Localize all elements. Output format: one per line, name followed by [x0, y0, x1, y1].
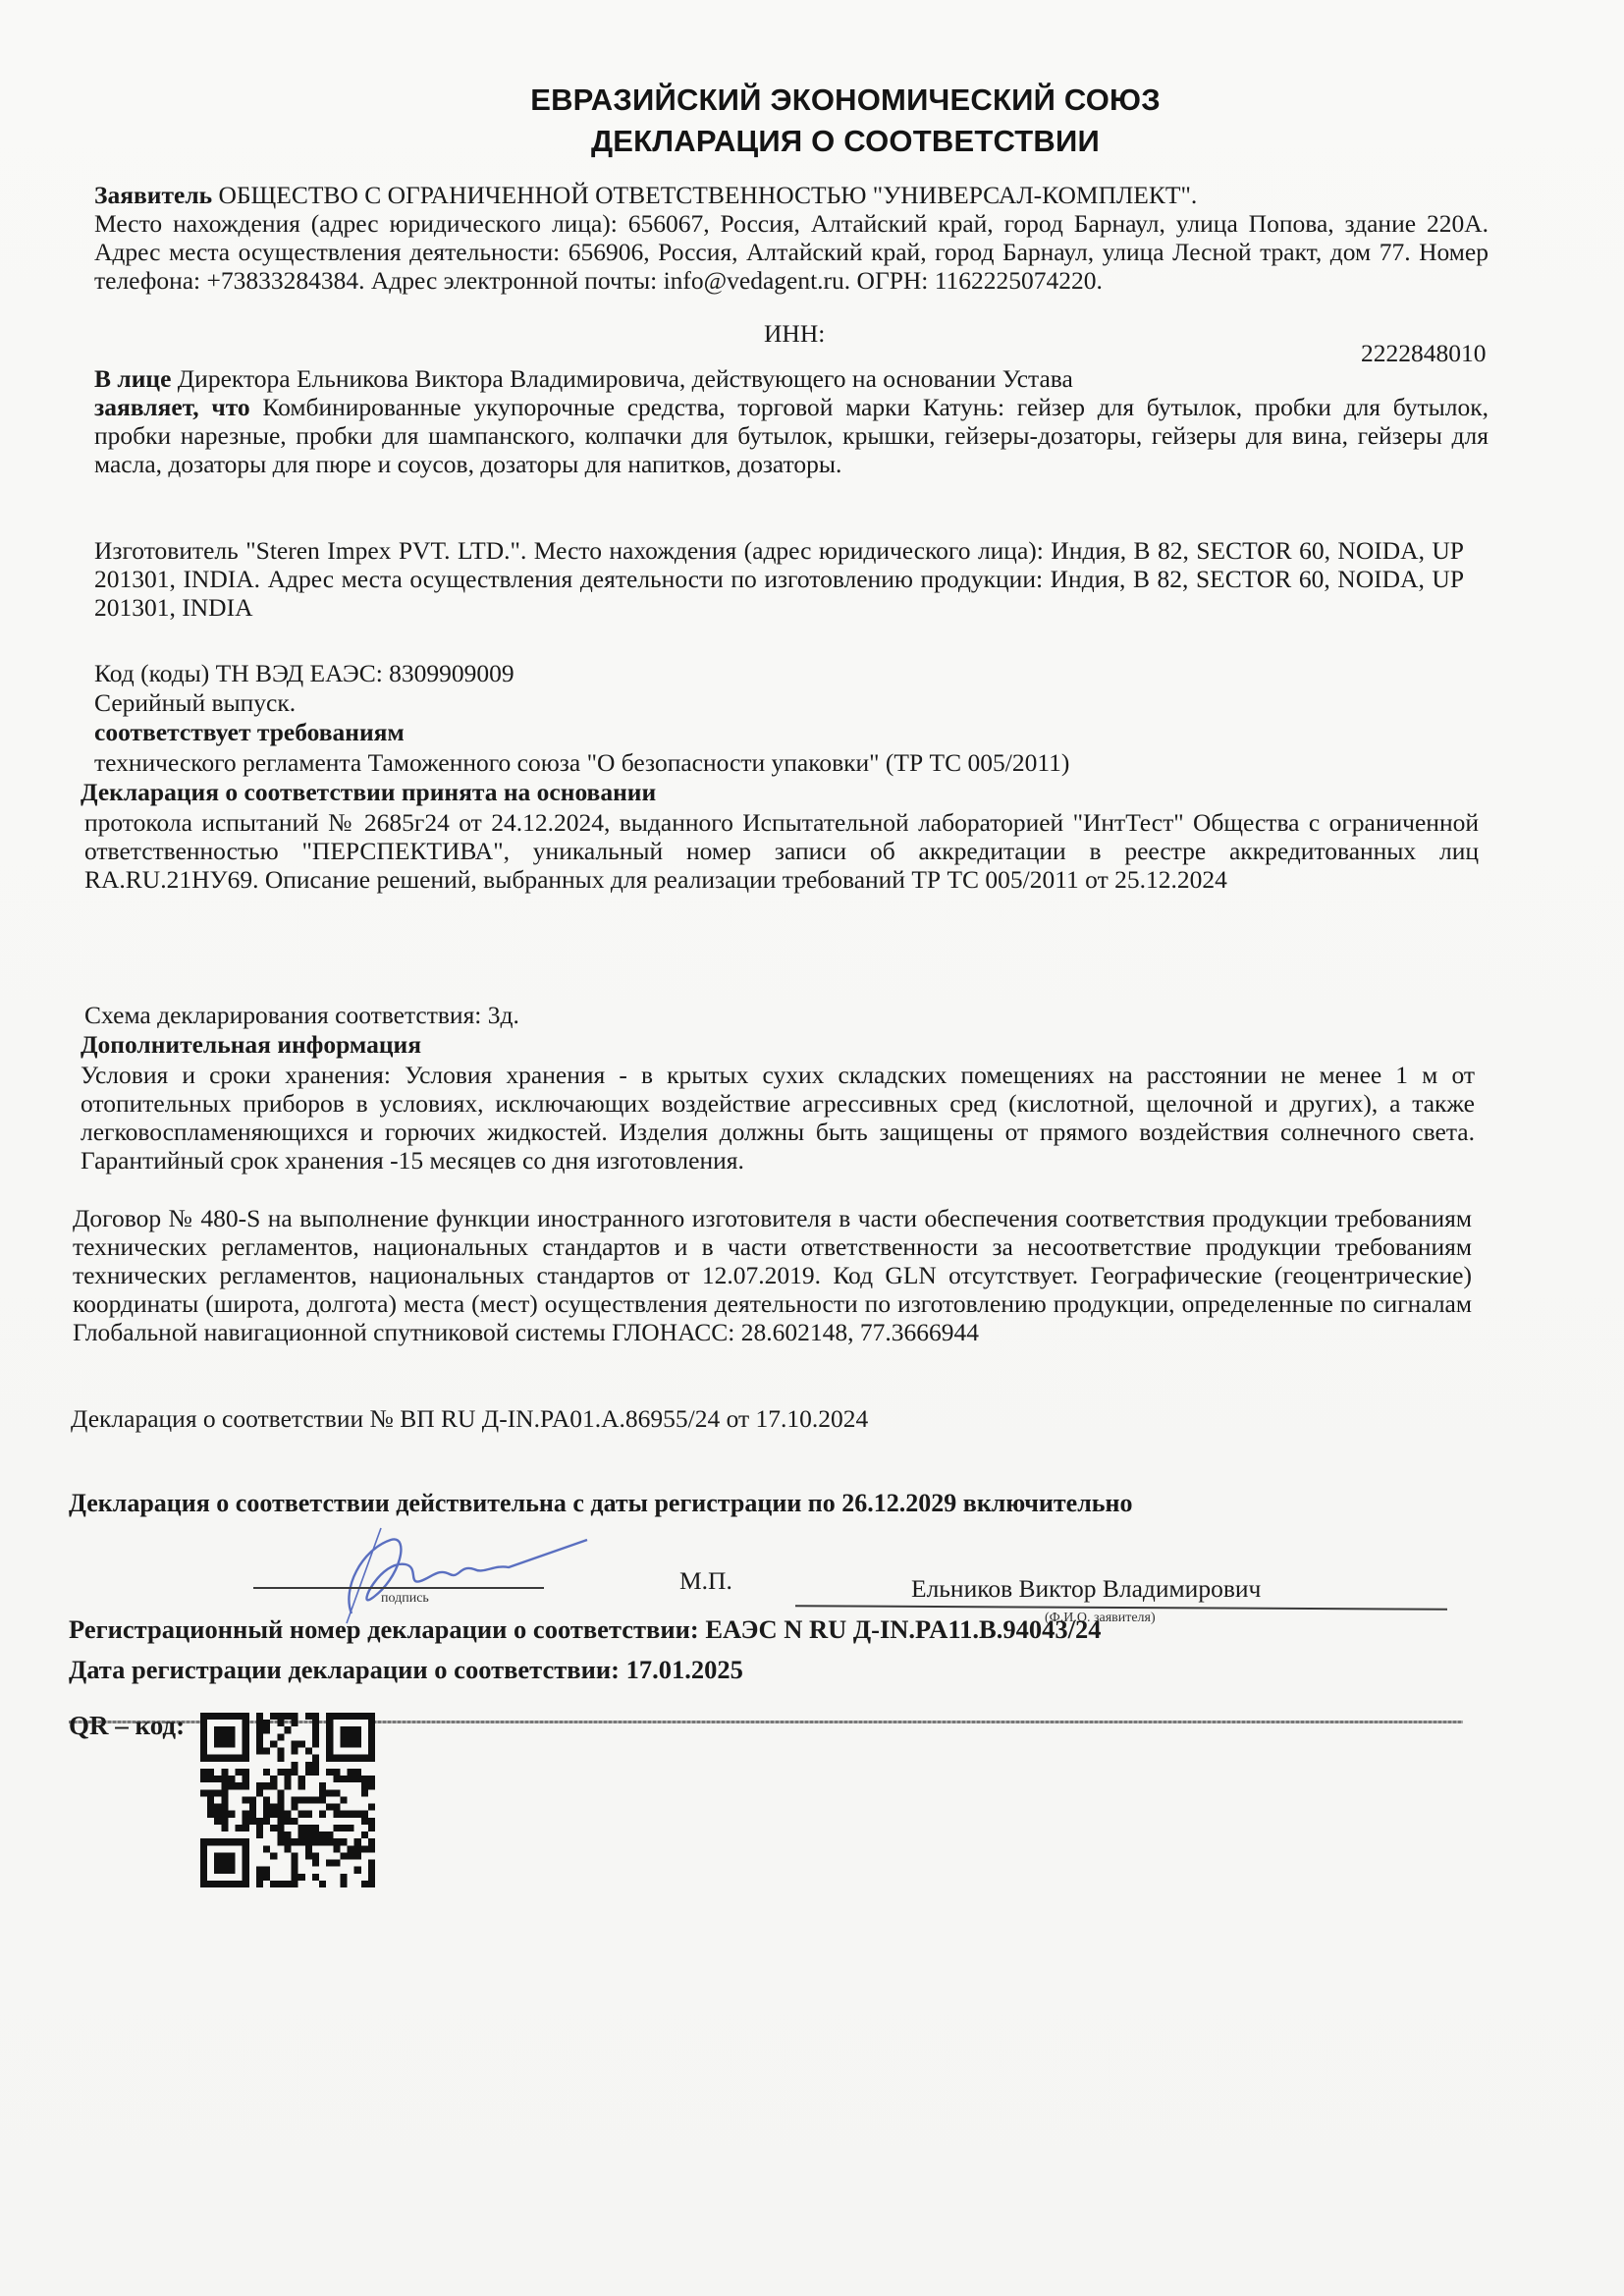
- declaration-scheme: Схема декларирования соответствия: 3д.: [84, 1001, 519, 1029]
- tn-ved-code: Код (коды) ТН ВЭД ЕАЭС: 8309909009: [94, 659, 514, 687]
- basis-label: Декларация о соответствии принята на осн…: [81, 778, 656, 806]
- representative-text: Директора Ельникова Виктора Владимирович…: [171, 364, 1072, 393]
- declares-section: заявляет, что Комбинированные укупорочны…: [94, 393, 1489, 478]
- inn-label: ИНН:: [764, 319, 825, 349]
- qr-code[interactable]: [200, 1713, 375, 1887]
- manufacturer-section: Изготовитель "Steren Impex PVT. LTD.". М…: [94, 536, 1464, 622]
- additional-info-label: Дополнительная информация: [81, 1030, 421, 1059]
- applicant-name: ОБЩЕСТВО С ОГРАНИЧЕННОЙ ОТВЕТСТВЕННОСТЬЮ…: [212, 181, 1197, 209]
- contract-info: Договор № 480-S на выполнение функции ин…: [73, 1204, 1472, 1346]
- previous-declaration: Декларация о соответствии № ВП RU Д-IN.P…: [71, 1404, 868, 1433]
- basis-text: протокола испытаний № 2685г24 от 24.12.2…: [84, 808, 1479, 894]
- representative: В лице Директора Ельникова Виктора Влади…: [94, 364, 1073, 393]
- registration-date: Дата регистрации декларации о соответств…: [69, 1656, 743, 1684]
- technical-regulation: технического регламента Таможенного союз…: [94, 748, 1069, 777]
- applicant-label: Заявитель: [94, 181, 212, 209]
- document-title: ДЕКЛАРАЦИЯ О СООТВЕТСТВИИ: [33, 124, 1624, 159]
- storage-conditions: Условия и сроки хранения: Условия хранен…: [81, 1061, 1475, 1175]
- stamp-placeholder: М.П.: [679, 1566, 732, 1595]
- representative-label: В лице: [94, 364, 171, 393]
- qr-label: QR – код:: [69, 1711, 185, 1741]
- serial-release: Серийный выпуск.: [94, 688, 296, 717]
- declaration-page: ЕВРАЗИЙСКИЙ ЭКОНОМИЧЕСКИЙ СОЮЗ ДЕКЛАРАЦИ…: [0, 0, 1624, 2296]
- validity-statement: Декларация о соответствии действительна …: [69, 1489, 1133, 1517]
- applicant-address: Место нахождения (адрес юридического лиц…: [94, 209, 1489, 295]
- declares-label: заявляет, что: [94, 393, 250, 421]
- name-line: [795, 1605, 1447, 1610]
- signature-caption: подпись: [381, 1591, 429, 1607]
- signature-line: [253, 1587, 544, 1589]
- applicant-full-name: Ельников Виктор Владимирович: [911, 1574, 1261, 1603]
- product-description: Комбинированные укупорочные средства, то…: [94, 393, 1489, 478]
- union-title: ЕВРАЗИЙСКИЙ ЭКОНОМИЧЕСКИЙ СОЮЗ: [33, 82, 1624, 118]
- applicant-section: Заявитель ОБЩЕСТВО С ОГРАНИЧЕННОЙ ОТВЕТС…: [94, 181, 1489, 295]
- signature-mark: [312, 1520, 597, 1628]
- complies-label: соответствует требованиям: [94, 718, 405, 746]
- registration-number: Регистрационный номер декларации о соотв…: [69, 1615, 1101, 1644]
- inn-value: 2222848010: [1361, 339, 1487, 368]
